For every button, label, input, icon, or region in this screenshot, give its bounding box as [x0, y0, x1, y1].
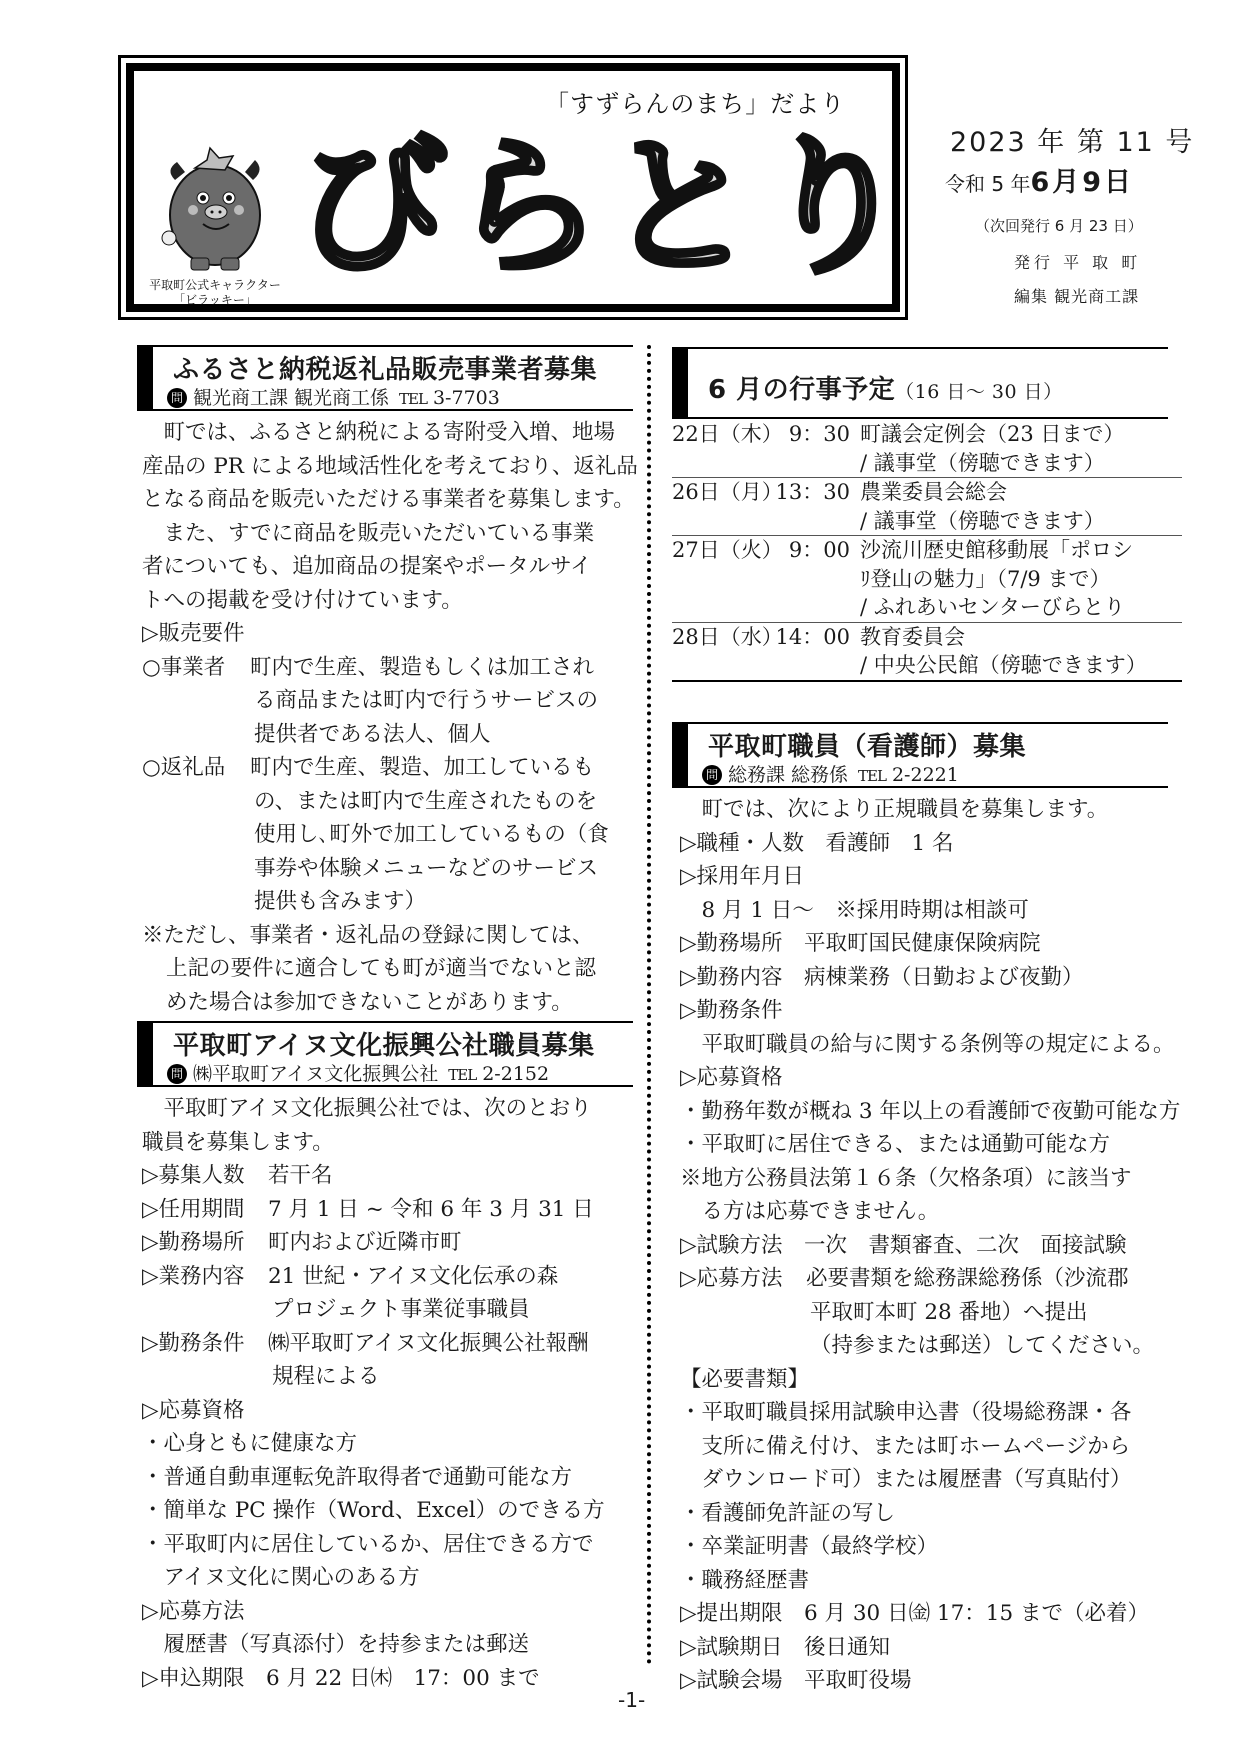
bullet-line: ・職務経歴書 [680, 1564, 1180, 1598]
event-date: 26日（月） [672, 478, 772, 507]
subheading: ▷応募方法 [142, 1595, 638, 1629]
next-issue-date: （次回発行 6 月 23 日） [975, 215, 1143, 236]
item-value: 21 世紀・アイヌ文化伝承の森 [268, 1264, 558, 1289]
editor: 編集 観光商工課 [1014, 284, 1139, 307]
section-title: 平取町職員（看護師）募集 [708, 726, 1026, 763]
text-line: 者についても、追加商品の提案やポータルサイ [142, 550, 638, 584]
subheading: ▷採用年月日 [680, 860, 1180, 894]
tel-label: TEL [858, 767, 886, 785]
text-line: 町内で生産、製造、加工しているも [250, 755, 594, 780]
text-line: ▷職種・人数 看護師 1 名 [680, 827, 1180, 861]
item-label: ▷募集人数 [142, 1159, 268, 1193]
section-contact: 問㈱平取町アイヌ文化振興公社TEL2-2152 [167, 1059, 549, 1086]
mascot-caption-line1: 平取町公式キャラクター [145, 278, 285, 293]
event-desc: 町議会定例会（23 日まで） [860, 422, 1124, 446]
section-title: ふるさと納税返礼品販売事業者募集 [173, 349, 597, 386]
item-value: プロジェクト事業従事職員 [142, 1293, 638, 1327]
note-line: めた場合は参加できないことがあります。 [142, 986, 638, 1020]
page-number: -1- [618, 1688, 645, 1712]
section-header-ainu: 平取町アイヌ文化振興公社職員募集 問㈱平取町アイヌ文化振興公社TEL2-2152 [137, 1021, 633, 1087]
text-line: トへの掲載を受け付けています。 [142, 584, 638, 618]
issue-date: 令和 5 年6月9日 [945, 160, 1134, 199]
tel-number: 3-7703 [433, 387, 500, 409]
section-header-events: 6 月の行事予定（16 日～ 30 日） [672, 347, 1168, 419]
header-bar [672, 349, 688, 417]
bullet-line: ・普通自動車運転免許取得者で通勤可能な方 [142, 1461, 638, 1495]
bullet-line: ・勤務年数が概ね 3 年以上の看護師で夜勤可能な方 [680, 1095, 1180, 1129]
event-row: 26日（月）13：30農業委員会総会 / 議事堂（傍聴できます） [672, 478, 1182, 536]
text-line: ▷試験会場 平取町役場 [680, 1664, 1180, 1698]
text-line: 履歴書（写真添付）を持参または郵送 [142, 1628, 638, 1662]
text-line: 提供も含みます） [142, 885, 638, 919]
issue-number: 2023 年 第 11 号 [950, 120, 1194, 159]
bullet-line: 支所に備え付け、または町ホームページから [680, 1430, 1180, 1464]
event-date: 27日（火） [672, 536, 772, 565]
section-contact: 問総務課 総務係TEL2-2221 [702, 760, 959, 787]
event-venue: / 議事堂（傍聴できます） [860, 451, 1105, 475]
bullet-line: ・平取町内に居住しているか、居住できる方で [142, 1528, 638, 1562]
text-line: ▷試験方法 一次 書類審査、二次 面接試験 [680, 1229, 1180, 1263]
events-table: 22日（木）9：30町議会定例会（23 日まで） / 議事堂（傍聴できます） 2… [672, 420, 1182, 682]
item-value: 規程による [142, 1360, 638, 1394]
article-ainu-body: 平取町アイヌ文化振興公社では、次のとおり 職員を募集します。 ▷募集人数若干名 … [142, 1092, 638, 1695]
bullet-line: ダウンロード可）または履歴書（写真貼付） [680, 1463, 1180, 1497]
subheading: ▷応募資格 [680, 1061, 1180, 1095]
note-line: ※ただし、事業者・返礼品の登録に関しては、 [142, 919, 638, 953]
event-row: 28日（水）14：00教育委員会 / 中央公民館（傍聴できます） [672, 623, 1182, 682]
inquiry-icon: 問 [167, 388, 187, 408]
text-line: また、すでに商品を販売いただいている事業 [142, 517, 638, 551]
events-range: （16 日～ 30 日） [895, 381, 1062, 403]
event-venue: / 中央公民館（傍聴できます） [860, 653, 1147, 677]
text-line: ▷勤務場所 平取町国民健康保険病院 [680, 927, 1180, 961]
tel-label: TEL [399, 390, 427, 408]
text-line: 8 月 1 日～ ※採用時期は相談可 [680, 894, 1180, 928]
bullet-line: ・看護師免許証の写し [680, 1497, 1180, 1531]
event-desc: ﾘ登山の魅力」（7/9 まで） [860, 567, 1110, 591]
bullet-line: ・卒業証明書（最終学校） [680, 1530, 1180, 1564]
text-line: ▷試験期日 後日通知 [680, 1631, 1180, 1665]
text-line: 提供者である法人、個人 [142, 718, 638, 752]
mascot-caption: 平取町公式キャラクター 「ビラッキー」 [145, 278, 285, 308]
event-venue: / ふれあいセンターびらとり [860, 595, 1125, 619]
article-furusato-body: 町では、ふるさと納税による寄附受入増、地場 産品の PR による地域活性化を考え… [142, 416, 638, 1019]
section-title: 平取町アイヌ文化振興公社職員募集 [173, 1025, 595, 1062]
header-bar [137, 347, 153, 409]
text-line: ▷勤務内容 病棟業務（日勤および夜勤） [680, 961, 1180, 995]
publisher: 発行 平 取 町 [1014, 250, 1141, 273]
mascot-caption-line2: 「ビラッキー」 [145, 293, 285, 308]
section-header-nurse: 平取町職員（看護師）募集 問総務課 総務係TEL2-2221 [672, 722, 1168, 788]
date-bold: 6月9日 [1030, 167, 1134, 198]
item-value: 平取町本町 28 番地）へ提出 [680, 1296, 1180, 1330]
section-contact: 問観光商工課 観光商工係TEL3-7703 [167, 383, 500, 410]
text-line: 職員を募集します。 [142, 1126, 638, 1160]
item-value: ㈱平取町アイヌ文化振興公社報酬 [268, 1331, 589, 1356]
text-line: 町では、次により正規職員を募集します。 [680, 793, 1180, 827]
text-line: 平取町アイヌ文化振興公社では、次のとおり [142, 1092, 638, 1126]
newsletter-logo: びらとり [298, 128, 914, 288]
bullet-line: ・簡単な PC 操作（Word、Excel）のできる方 [142, 1494, 638, 1528]
deadline-line: ▷提出期限 6 月 30 日㈮ 17：15 まで（必着） [680, 1597, 1180, 1631]
subheading: ▷販売要件 [142, 617, 638, 651]
inquiry-icon: 問 [702, 765, 722, 785]
article-nurse-body: 町では、次により正規職員を募集します。 ▷職種・人数 看護師 1 名 ▷採用年月… [680, 793, 1180, 1698]
item-label: ▷勤務場所 [142, 1226, 268, 1260]
text-line: 町内で生産、製造もしくは加工され [250, 655, 594, 680]
subheading: ▷応募資格 [142, 1394, 638, 1428]
mascot-icon [155, 140, 275, 275]
masthead-subtitle: 「すずらんのまち」だより [545, 84, 845, 119]
event-desc: 沙流川歴史館移動展「ポロシ [860, 538, 1133, 562]
text-line: となる商品を販売いただける事業者を募集します。 [142, 483, 638, 517]
item-value: 町内および近隣市町 [268, 1230, 462, 1255]
event-time: 9：00 [772, 536, 850, 565]
subheading: 【必要書類】 [680, 1363, 1180, 1397]
text-line: る商品または町内で行うサービスの [142, 684, 638, 718]
event-time: 9：30 [772, 420, 850, 449]
item-value: （持参または郵送）してください。 [680, 1329, 1180, 1363]
item-value: 7 月 1 日 ~ 令和 6 年 3 月 31 日 [268, 1197, 594, 1222]
text-line: 使用し､町外で加工しているもの（食 [142, 818, 638, 852]
item-label: ▷勤務条件 [142, 1327, 268, 1361]
event-row: 22日（木）9：30町議会定例会（23 日まで） / 議事堂（傍聴できます） [672, 420, 1182, 478]
header-bar [672, 724, 688, 786]
event-row: 27日（火）9：00沙流川歴史館移動展「ポロシ ﾘ登山の魅力」（7/9 まで） … [672, 536, 1182, 623]
item-label: ▷任用期間 [142, 1193, 268, 1227]
tel-number: 2-2152 [482, 1063, 549, 1085]
date-prefix: 令和 5 年 [945, 172, 1030, 196]
text-line: 町では、ふるさと納税による寄附受入増、地場 [142, 416, 638, 450]
text-line: 産品の PR による地域活性化を考えており、返礼品 [142, 450, 638, 484]
text-line: の、または町内で生産されたものを [142, 785, 638, 819]
note-line: ※地方公務員法第１６条（欠格条項）に該当す [680, 1162, 1180, 1196]
item-label: ▷業務内容 [142, 1260, 268, 1294]
bullet-line: ・平取町職員採用試験申込書（役場総務課・各 [680, 1396, 1180, 1430]
event-desc: 農業委員会総会 [860, 480, 1007, 504]
section-title: 6 月の行事予定（16 日～ 30 日） [708, 369, 1063, 406]
event-time: 14：00 [772, 623, 850, 652]
contact-dept: 総務課 総務係 [728, 764, 848, 786]
item-value: 必要書類を総務課総務係（沙流郡 [806, 1266, 1129, 1291]
event-desc: 教育委員会 [860, 625, 965, 649]
note-line: る方は応募できません。 [680, 1195, 1180, 1229]
deadline-line: ▷申込期限 6 月 22 日㈭ 17：00 まで [142, 1662, 638, 1696]
bullet-line: ・心身ともに健康な方 [142, 1427, 638, 1461]
item-value: 若干名 [268, 1163, 333, 1188]
text-line: 事券や体験メニューなどのサービス [142, 852, 638, 886]
requirement-label: ○事業者 [142, 651, 250, 685]
section-header-furusato: ふるさと納税返礼品販売事業者募集 問観光商工課 観光商工係TEL3-7703 [137, 345, 633, 411]
bullet-line: ・平取町に居住できる、または通勤可能な方 [680, 1128, 1180, 1162]
event-time: 13：30 [772, 478, 850, 507]
column-divider [647, 345, 651, 1665]
contact-dept: ㈱平取町アイヌ文化振興公社 [193, 1063, 438, 1085]
text-line: 平取町職員の給与に関する条例等の規定による。 [680, 1028, 1180, 1062]
note-line: 上記の要件に適合しても町が適当でないと認 [142, 952, 638, 986]
event-venue: / 議事堂（傍聴できます） [860, 509, 1105, 533]
events-title: 6 月の行事予定 [708, 375, 895, 405]
subheading: ▷勤務条件 [680, 994, 1180, 1028]
inquiry-icon: 問 [167, 1064, 187, 1084]
contact-dept: 観光商工課 観光商工係 [193, 387, 389, 409]
event-date: 22日（木） [672, 420, 772, 449]
tel-number: 2-2221 [892, 764, 959, 786]
tel-label: TEL [448, 1066, 476, 1084]
header-bar [137, 1023, 153, 1085]
bullet-line: アイヌ文化に関心のある方 [142, 1561, 638, 1595]
requirement-label: ○返礼品 [142, 751, 250, 785]
event-date: 28日（水） [672, 623, 772, 652]
item-label: ▷応募方法 [680, 1262, 806, 1296]
